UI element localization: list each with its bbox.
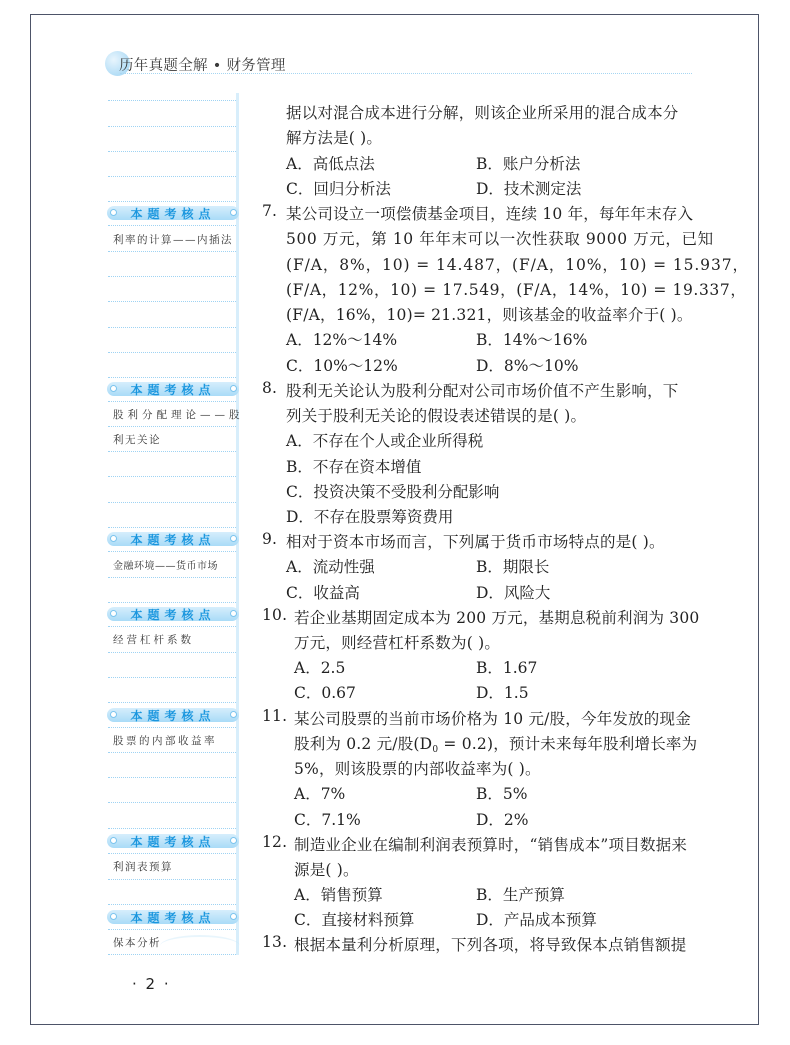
sidebar-rule	[108, 276, 236, 277]
sidebar-rule	[108, 551, 236, 552]
option-d: D．8%～10%	[476, 354, 578, 376]
key-point-topic: 保本分析	[113, 935, 161, 950]
key-point-topic-continued: 利无关论	[113, 432, 161, 447]
page-number: · 2 ·	[132, 975, 171, 993]
key-point-banner: 本题考核点	[107, 382, 239, 396]
option-d: D．不存在股票筹资费用	[286, 505, 453, 527]
key-point-topic: 金融环境——货币市场	[113, 557, 218, 572]
sidebar-rule	[108, 401, 236, 402]
sidebar-rule	[108, 301, 236, 302]
option-a: A．2.5	[294, 656, 345, 678]
question-text: 500 万元，第 10 年年末可以一次性获取 9000 万元，已知	[286, 227, 714, 249]
sidebar-rule	[108, 126, 236, 127]
sidebar-rule	[108, 151, 236, 152]
sidebar-rule	[108, 677, 236, 678]
sidebar-rule	[108, 626, 236, 627]
key-point-topic: 利率的计算——内插法	[113, 232, 233, 247]
question-text: 制造业企业在编制利润表预算时，“销售成本”项目数据来	[294, 833, 687, 855]
option-a: A．不存在个人或企业所得税	[286, 429, 483, 451]
sidebar-rule	[108, 828, 236, 829]
sidebar-rule	[108, 904, 236, 905]
option-b: B．14%～16%	[476, 328, 587, 350]
option-b: B．期限长	[476, 555, 549, 577]
sidebar-rule	[108, 727, 236, 728]
option-c: C．投资决策不受股利分配影响	[286, 480, 499, 502]
key-point-topic: 股票的内部收益率	[113, 733, 217, 748]
sidebar-rule	[108, 476, 236, 477]
key-point-topic: 经营杠杆系数	[113, 632, 194, 647]
question-text: (F/A，12%，10) = 17.549，(F/A，14%，10) = 19.…	[286, 278, 746, 300]
book-title: 历年真题全解 • 财务管理	[119, 54, 286, 75]
question-text: 若企业基期固定成本为 200 万元，基期息税前利润为 300	[294, 606, 699, 628]
sidebar-rule	[108, 777, 236, 778]
header-rule	[120, 73, 692, 74]
sidebar-rule	[108, 752, 236, 753]
question-text: (F/A，8%，10) = 14.487，(F/A，10%，10) = 15.9…	[286, 253, 749, 275]
question-text: 根据本量利分析原理，下列各项，将导致保本点销售额提	[294, 933, 687, 955]
question-number: 10.	[262, 606, 287, 624]
option-a: A．销售预算	[294, 883, 383, 905]
sidebar-rule	[108, 802, 236, 803]
question-text: 股利为 0.2 元/股(D0 = 0.2)，预计未来每年股利增长率为	[294, 732, 697, 755]
option-c: C．直接材料预算	[294, 908, 414, 930]
question-number: 12.	[262, 833, 287, 851]
option-d: D．技术测定法	[476, 177, 581, 199]
option-a: A．12%～14%	[286, 328, 397, 350]
question-text: 列关于股利无关论的假设表述错误的是( )。	[286, 404, 586, 426]
key-point-banner: 本题考核点	[107, 834, 239, 848]
question-number: 8.	[262, 379, 277, 397]
option-c: C．收益高	[286, 581, 360, 603]
option-c: C．回归分析法	[286, 177, 391, 199]
key-point-banner: 本题考核点	[107, 607, 239, 621]
question-text: 万元，则经营杠杆系数为( )。	[294, 631, 500, 653]
sidebar-rule	[108, 577, 236, 578]
question-text: 相对于资本市场而言，下列属于货币市场特点的是( )。	[286, 530, 665, 552]
question-text: 源是( )。	[294, 858, 359, 880]
option-c: C．10%～12%	[286, 354, 398, 376]
question-text: 某公司股票的当前市场价格为 10 元/股，今年发放的现金	[294, 707, 691, 729]
key-point-banner: 本题考核点	[107, 532, 239, 546]
sidebar-rule	[108, 652, 236, 653]
option-b: B．5%	[476, 782, 527, 804]
option-c: C．7.1%	[294, 808, 361, 830]
option-c: C．0.67	[294, 681, 356, 703]
option-a: A．流动性强	[286, 555, 375, 577]
option-b: B．不存在资本增值	[286, 455, 421, 477]
sidebar-rule	[108, 602, 236, 603]
key-point-banner: 本题考核点	[107, 206, 239, 220]
question-number: 7.	[262, 202, 277, 220]
sidebar-rule	[108, 176, 236, 177]
key-point-banner: 本题考核点	[107, 910, 239, 924]
question-number: 11.	[262, 707, 287, 725]
option-d: D．2%	[476, 808, 529, 830]
option-d: D．产品成本预算	[476, 908, 597, 930]
key-point-topic: 利润表预算	[113, 859, 173, 874]
key-point-topic: 股利分配理论——股	[113, 407, 244, 422]
option-a: A．7%	[294, 782, 345, 804]
sidebar-rule	[108, 201, 236, 202]
sidebar-rule	[108, 100, 236, 101]
question-text: 某公司设立一项偿债基金项目，连续 10 年，每年年末存入	[286, 202, 693, 224]
sidebar-rule	[108, 853, 236, 854]
option-b: B．生产预算	[476, 883, 565, 905]
sidebar-rule	[108, 426, 236, 427]
option-d: D．风险大	[476, 581, 550, 603]
sidebar-rule	[108, 929, 236, 930]
sidebar-rule	[108, 702, 236, 703]
sidebar-rule	[108, 327, 236, 328]
sidebar-rule	[108, 225, 236, 226]
book-watermark-decoration	[160, 935, 240, 957]
option-d: D．1.5	[476, 681, 529, 703]
option-b: B．1.67	[476, 656, 537, 678]
question-text: 据以对混合成本进行分解，则该企业所采用的混合成本分	[286, 101, 679, 123]
question-number: 13.	[262, 933, 287, 951]
key-point-banner: 本题考核点	[107, 708, 239, 722]
sidebar-rule	[108, 879, 236, 880]
question-text: 解方法是( )。	[286, 126, 382, 148]
sidebar-rule	[108, 451, 236, 452]
sidebar-rule	[108, 527, 236, 528]
question-text: 股利无关论认为股利分配对公司市场价值不产生影响，下	[286, 379, 679, 401]
sidebar-rule	[108, 352, 236, 353]
sidebar-rule	[108, 251, 236, 252]
sidebar-divider	[236, 93, 239, 955]
question-text: 5%，则该股票的内部收益率为( )。	[294, 757, 541, 779]
question-number: 9.	[262, 530, 277, 548]
sidebar-rule	[108, 377, 236, 378]
question-text: (F/A，16%，10)= 21.321，则该基金的收益率介于( )。	[286, 303, 693, 325]
option-a: A．高低点法	[286, 152, 375, 174]
option-b: B．账户分析法	[476, 152, 580, 174]
sidebar-rule	[108, 502, 236, 503]
